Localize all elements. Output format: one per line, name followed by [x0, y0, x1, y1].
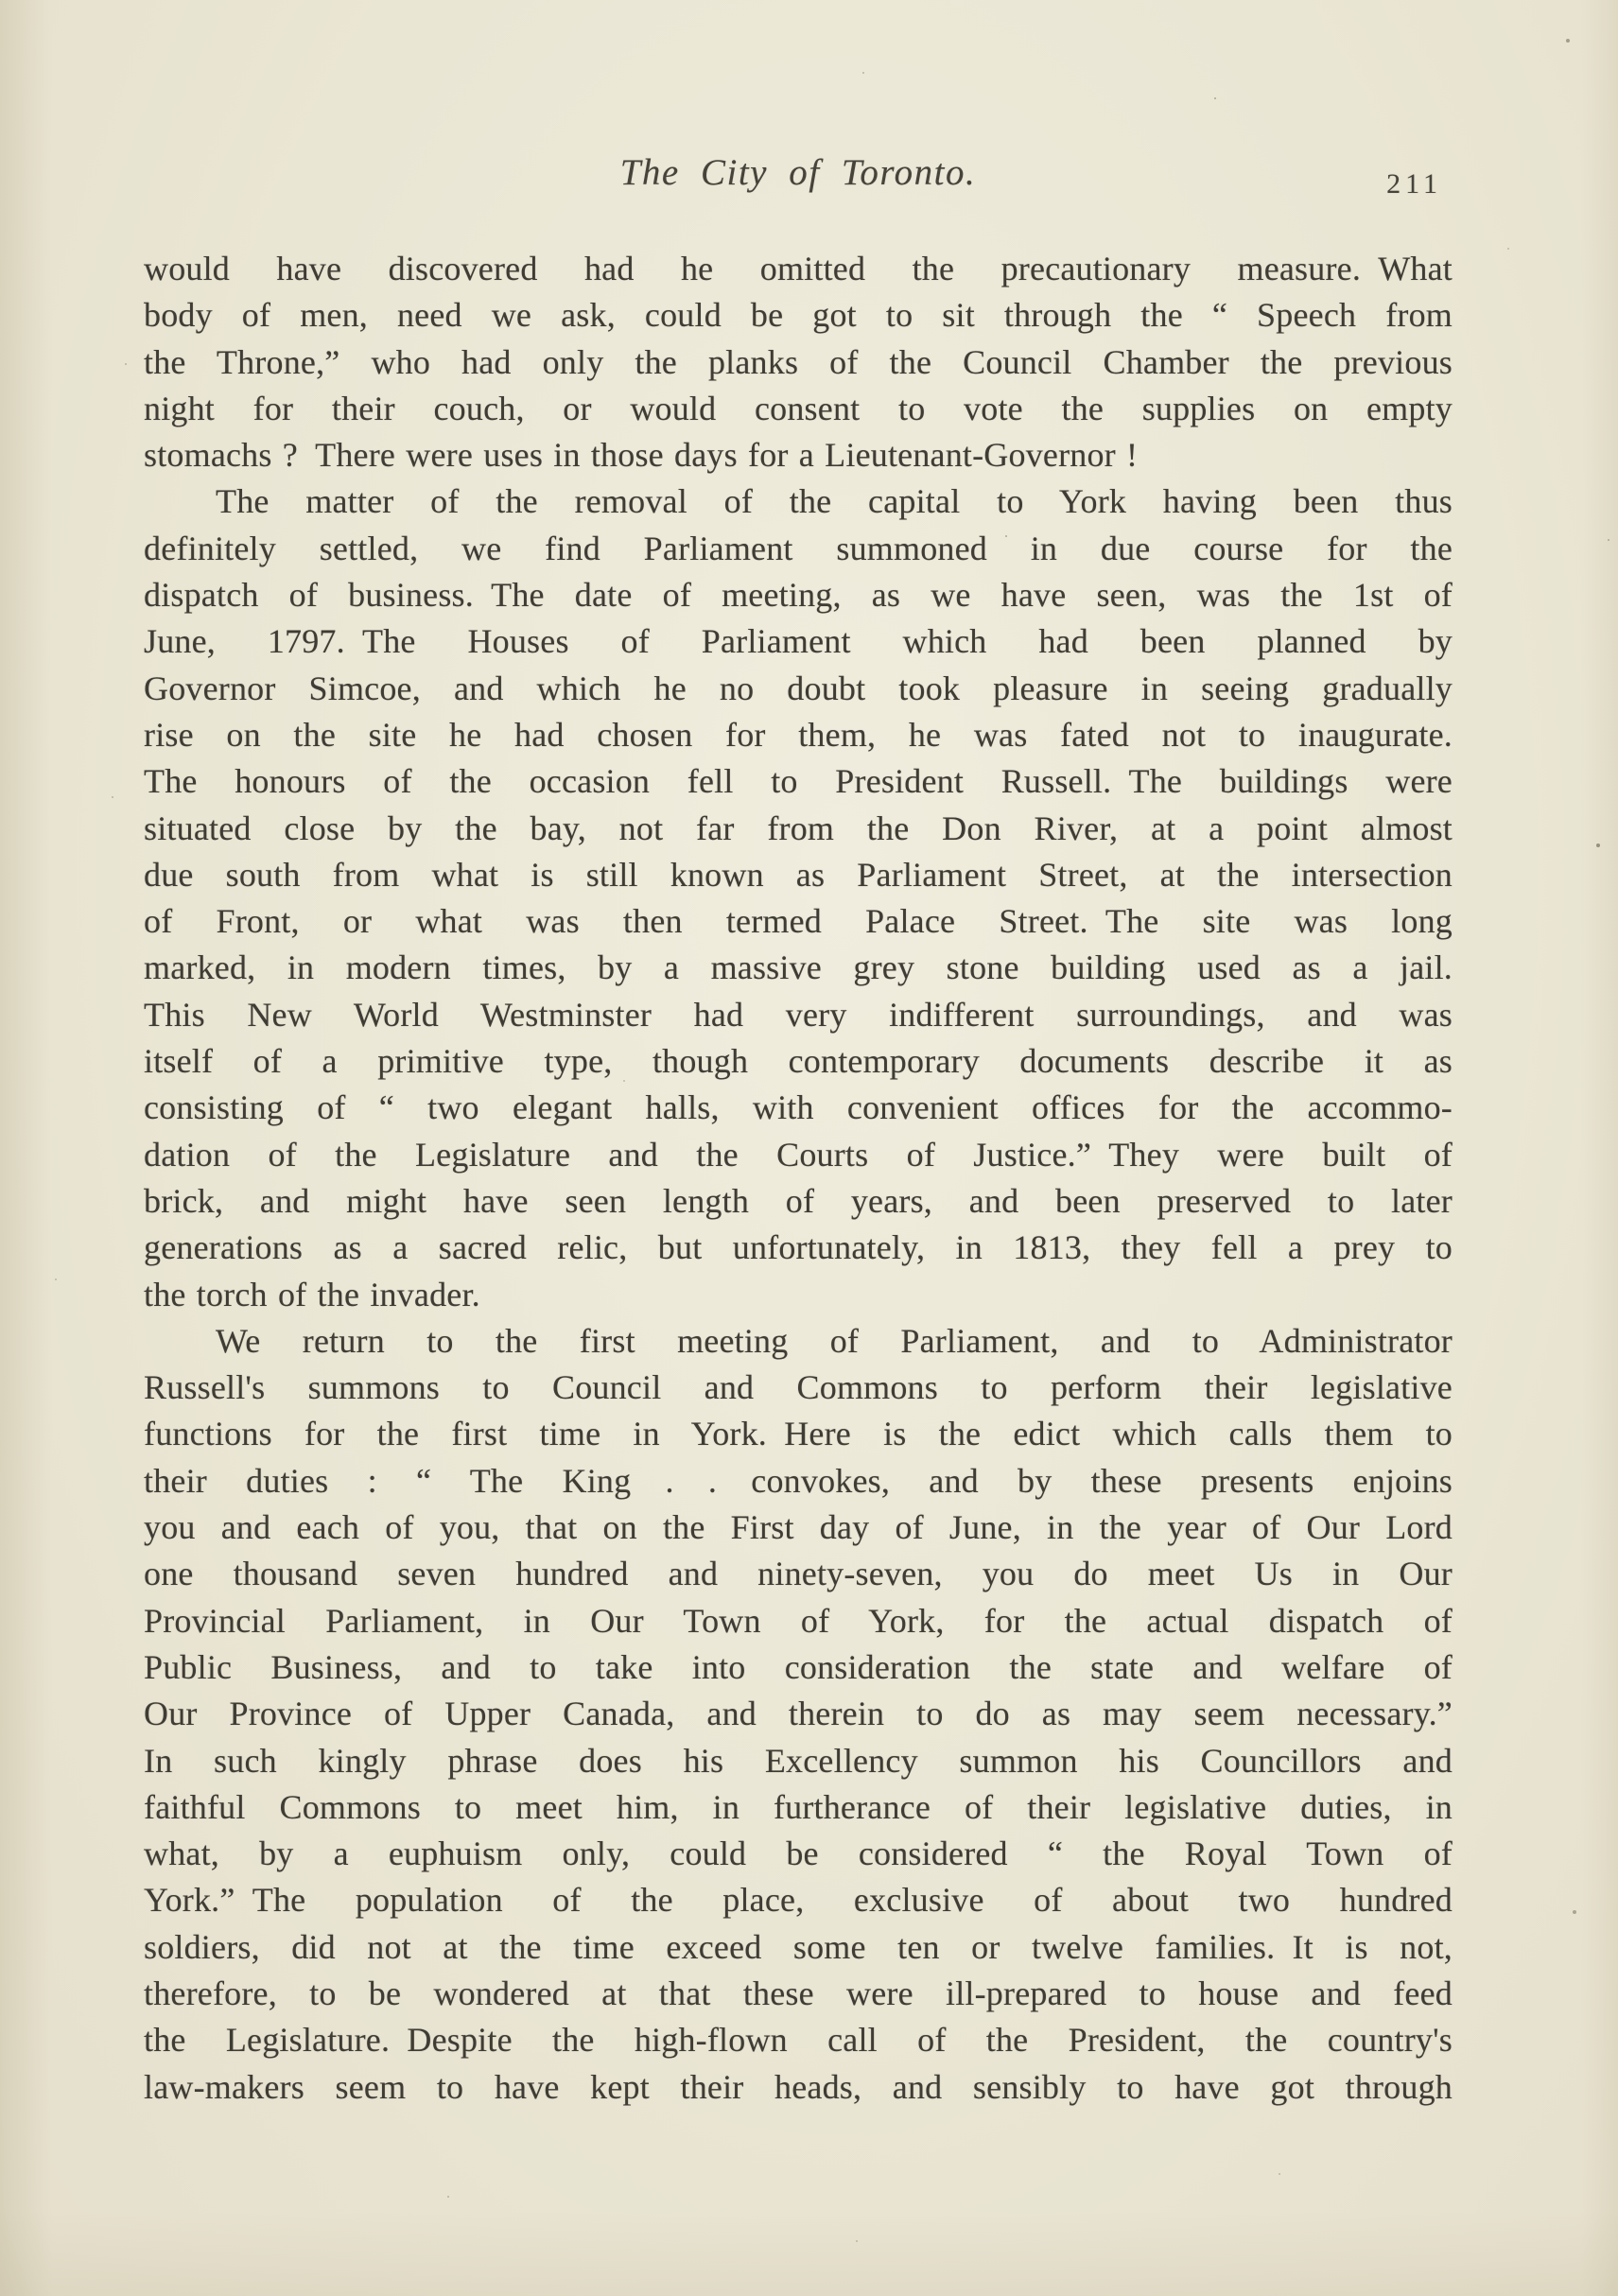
text-line: Provincial Parliament, in Our Town of Yo… [144, 1598, 1453, 1644]
text-line: In such kingly phrase does his Excellenc… [144, 1738, 1453, 1784]
text-line: faithful Commons to meet him, in further… [144, 1784, 1453, 1831]
text-line: of Front, or what was then termed Palace… [144, 898, 1453, 945]
text-line: therefore, to be wondered at that these … [144, 1971, 1453, 2017]
text-line: night for their couch, or would consent … [144, 386, 1453, 432]
text-line: the torch of the invader. [144, 1272, 1453, 1318]
text-line: functions for the first time in York. He… [144, 1411, 1453, 1457]
text-line: body of men, need we ask, could be got t… [144, 292, 1453, 339]
text-line: dation of the Legislature and the Courts… [144, 1132, 1453, 1178]
text-line: This New World Westminster had very indi… [144, 992, 1453, 1038]
text-line: what, by a euphuism only, could be consi… [144, 1831, 1453, 1877]
text-line: one thousand seven hundred and ninety-se… [144, 1551, 1453, 1597]
running-title: The City of Toronto. [144, 151, 1453, 194]
text-line: We return to the first meeting of Parlia… [144, 1318, 1453, 1365]
book-page: The City of Toronto. 211 would have disc… [0, 0, 1618, 2296]
text-line: soldiers, did not at the time exceed som… [144, 1924, 1453, 1971]
text-line: Russell's summons to Council and Commons… [144, 1365, 1453, 1411]
text-line: you and each of you, that on the First d… [144, 1505, 1453, 1551]
text-line: generations as a sacred relic, but unfor… [144, 1225, 1453, 1271]
text-line: the Legislature. Despite the high-flown … [144, 2017, 1453, 2063]
text-line: stomachs ? There were uses in those days… [144, 432, 1453, 478]
text-line: consisting of “ two elegant halls, with … [144, 1085, 1453, 1131]
text-line: would have discovered had he omitted the… [144, 246, 1453, 292]
text-line: brick, and might have seen length of yea… [144, 1178, 1453, 1225]
text-line: their duties : “ The King . . convokes, … [144, 1458, 1453, 1505]
text-line: Governor Simcoe, and which he no doubt t… [144, 666, 1453, 712]
text-line: June, 1797. The Houses of Parliament whi… [144, 618, 1453, 665]
text-line: itself of a primitive type, though conte… [144, 1038, 1453, 1085]
paper-specks [0, 0, 2, 2]
page-number: 211 [1386, 168, 1442, 200]
text-line: The honours of the occasion fell to Pres… [144, 758, 1453, 805]
text-line: dispatch of business. The date of meetin… [144, 572, 1453, 618]
text-line: law-makers seem to have kept their heads… [144, 2064, 1453, 2111]
text-line: rise on the site he had chosen for them,… [144, 712, 1453, 758]
text-line: the Throne,” who had only the planks of … [144, 339, 1453, 386]
page-body: would have discovered had he omitted the… [144, 246, 1453, 2111]
text-line: due south from what is still known as Pa… [144, 852, 1453, 898]
text-line: York.” The population of the place, excl… [144, 1877, 1453, 1923]
text-line: definitely settled, we find Parliament s… [144, 526, 1453, 572]
text-line: situated close by the bay, not far from … [144, 806, 1453, 852]
text-line: marked, in modern times, by a massive gr… [144, 945, 1453, 991]
text-line: Public Business, and to take into consid… [144, 1644, 1453, 1691]
text-line: The matter of the removal of the capital… [144, 478, 1453, 525]
text-line: Our Province of Upper Canada, and therei… [144, 1691, 1453, 1737]
